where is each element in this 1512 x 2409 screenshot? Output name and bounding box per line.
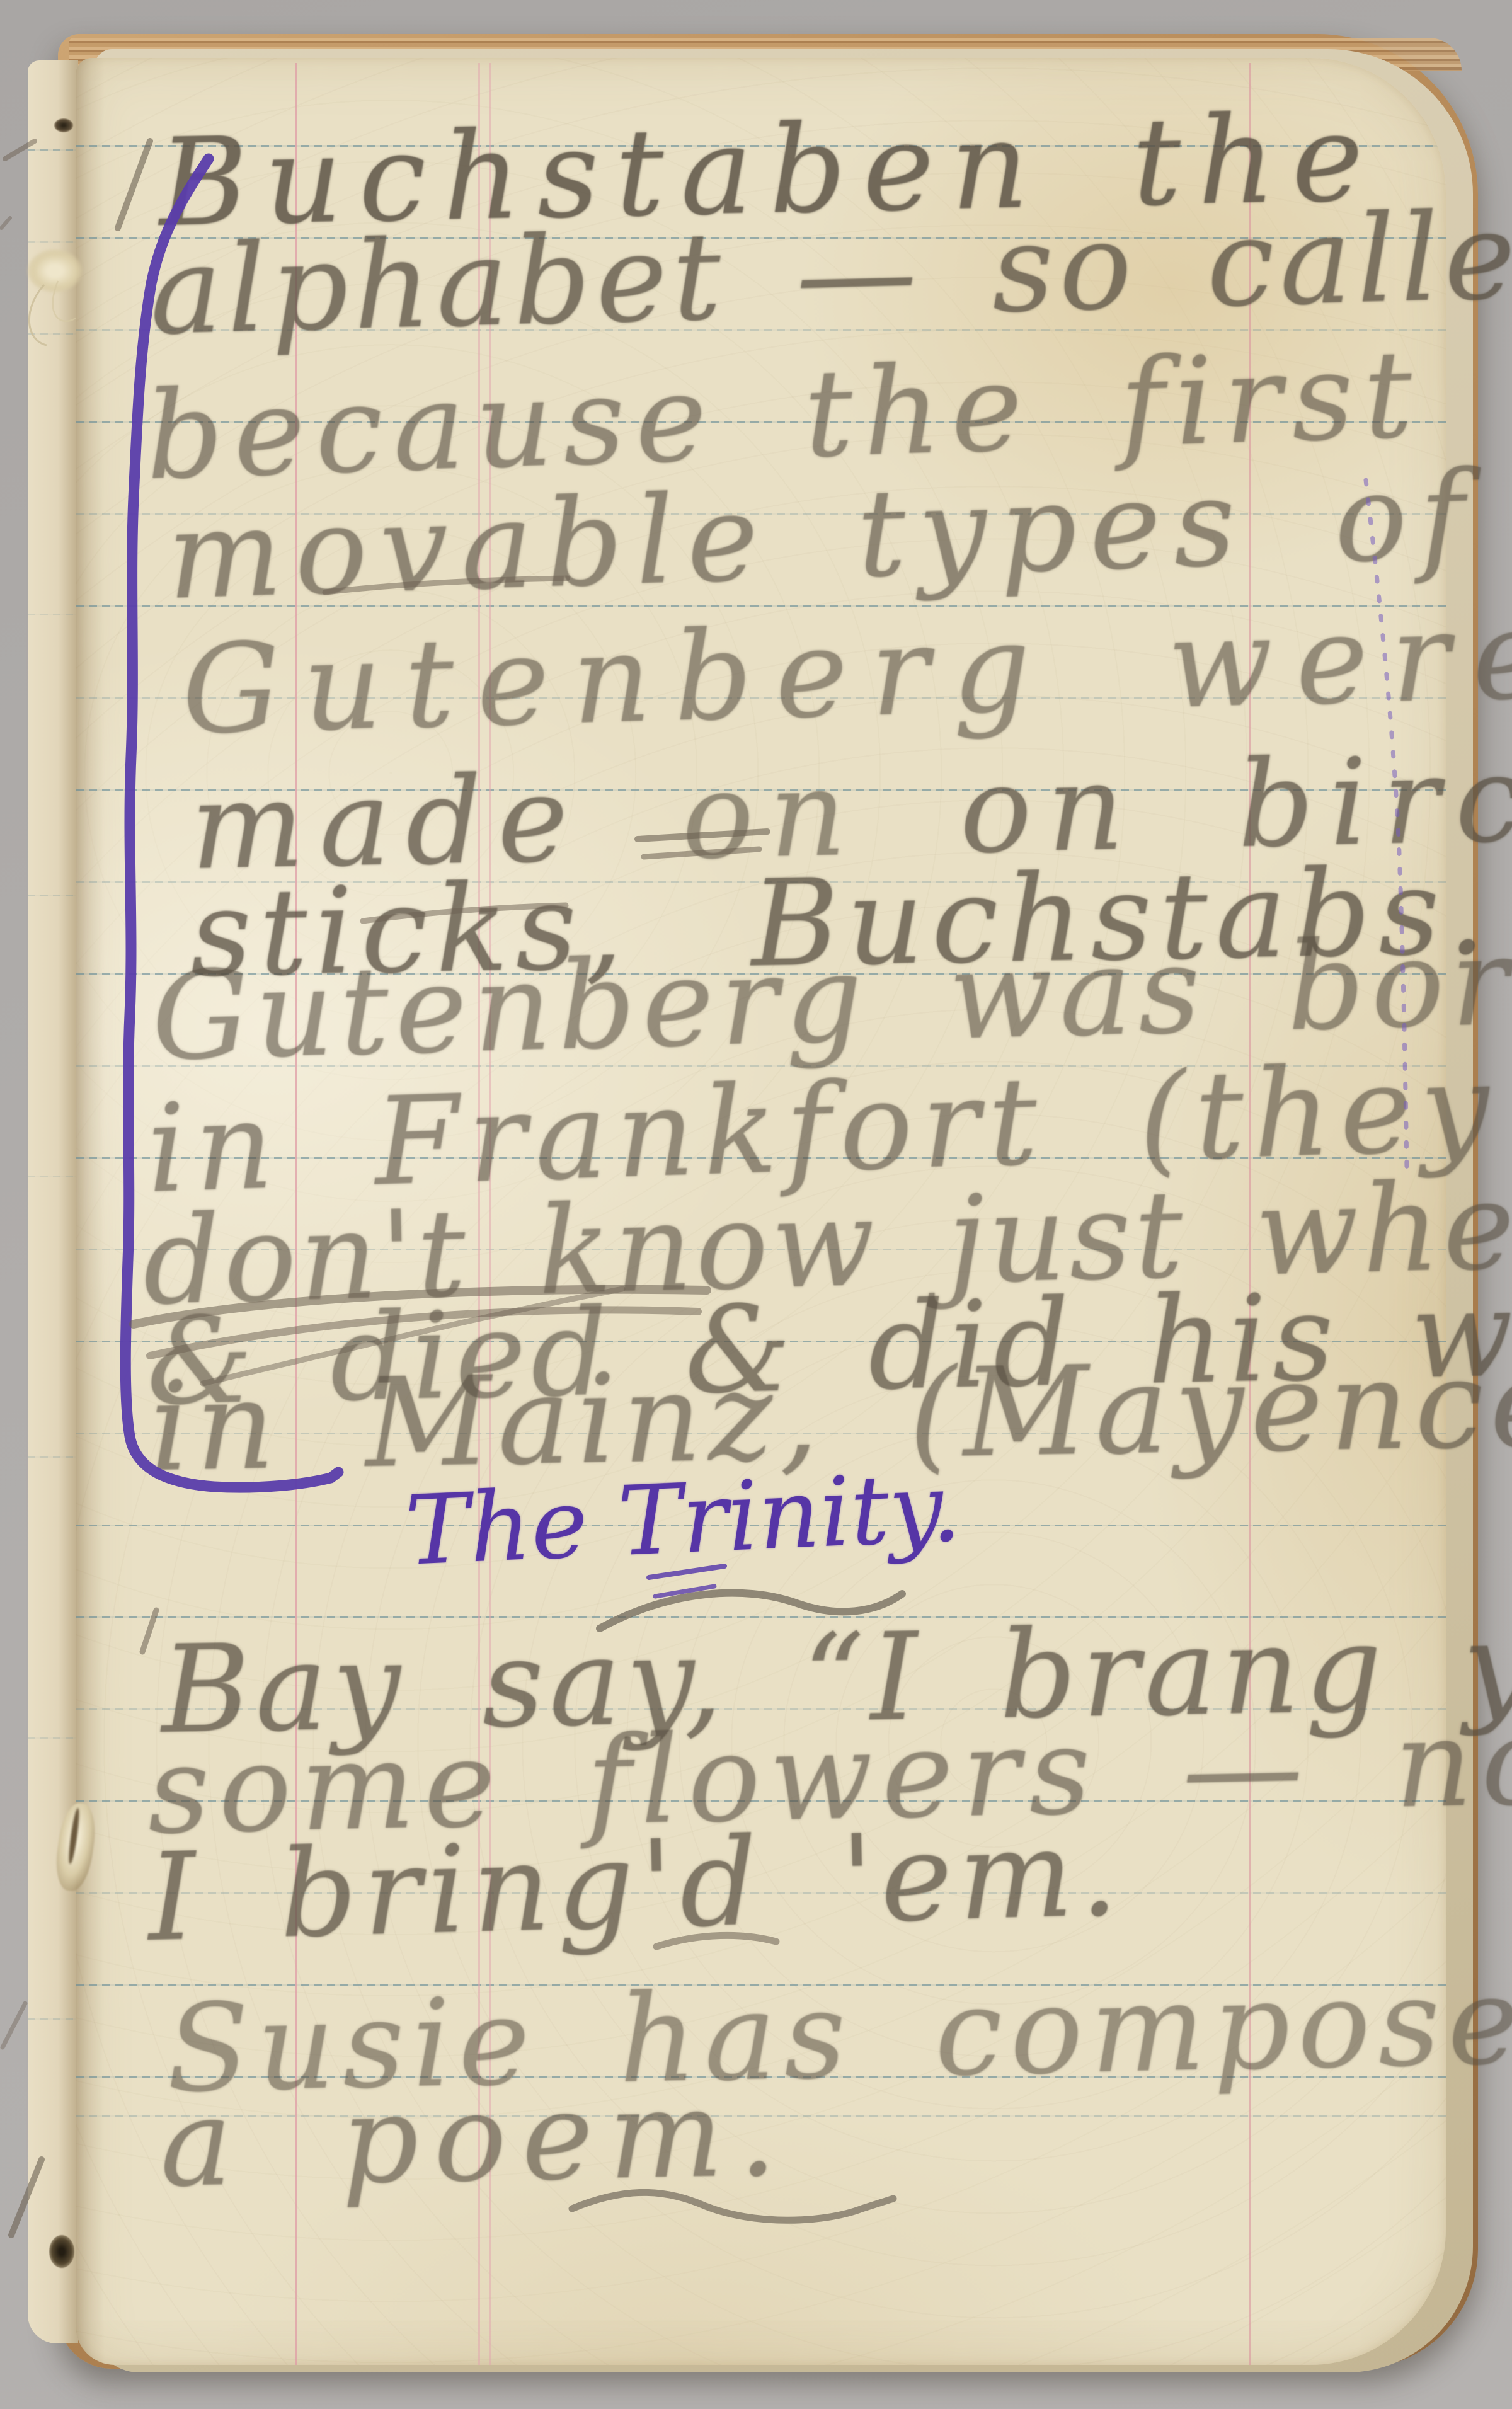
ruled-line (28, 241, 78, 243)
ruled-line (28, 1176, 78, 1177)
paper-fiber-fuzz (28, 249, 82, 292)
pencil-fragment (1, 218, 10, 228)
binding-hole (54, 118, 73, 132)
ruled-line (28, 1737, 78, 1739)
gutter-shadow (76, 58, 105, 2365)
ruled-line (28, 895, 78, 896)
manuscript-line: I bring'd 'em. (146, 1802, 1126, 1968)
ruled-line (28, 2018, 78, 2020)
ruled-line (28, 614, 78, 615)
ruled-line (28, 1456, 78, 1458)
binding-hole (49, 2235, 74, 2268)
text-segment: a poem. (159, 2063, 793, 2214)
ruled-line (28, 333, 78, 335)
manuscript-line: a poem. (159, 2063, 793, 2214)
notebook-photo: { "page": { "description_label": "Handwr… (0, 0, 1512, 2409)
ruled-line (28, 149, 78, 151)
text-segment: I bring'd 'em. (146, 1802, 1126, 1968)
facing-page-edge (28, 60, 78, 2343)
pencil-slash (3, 2003, 25, 2047)
